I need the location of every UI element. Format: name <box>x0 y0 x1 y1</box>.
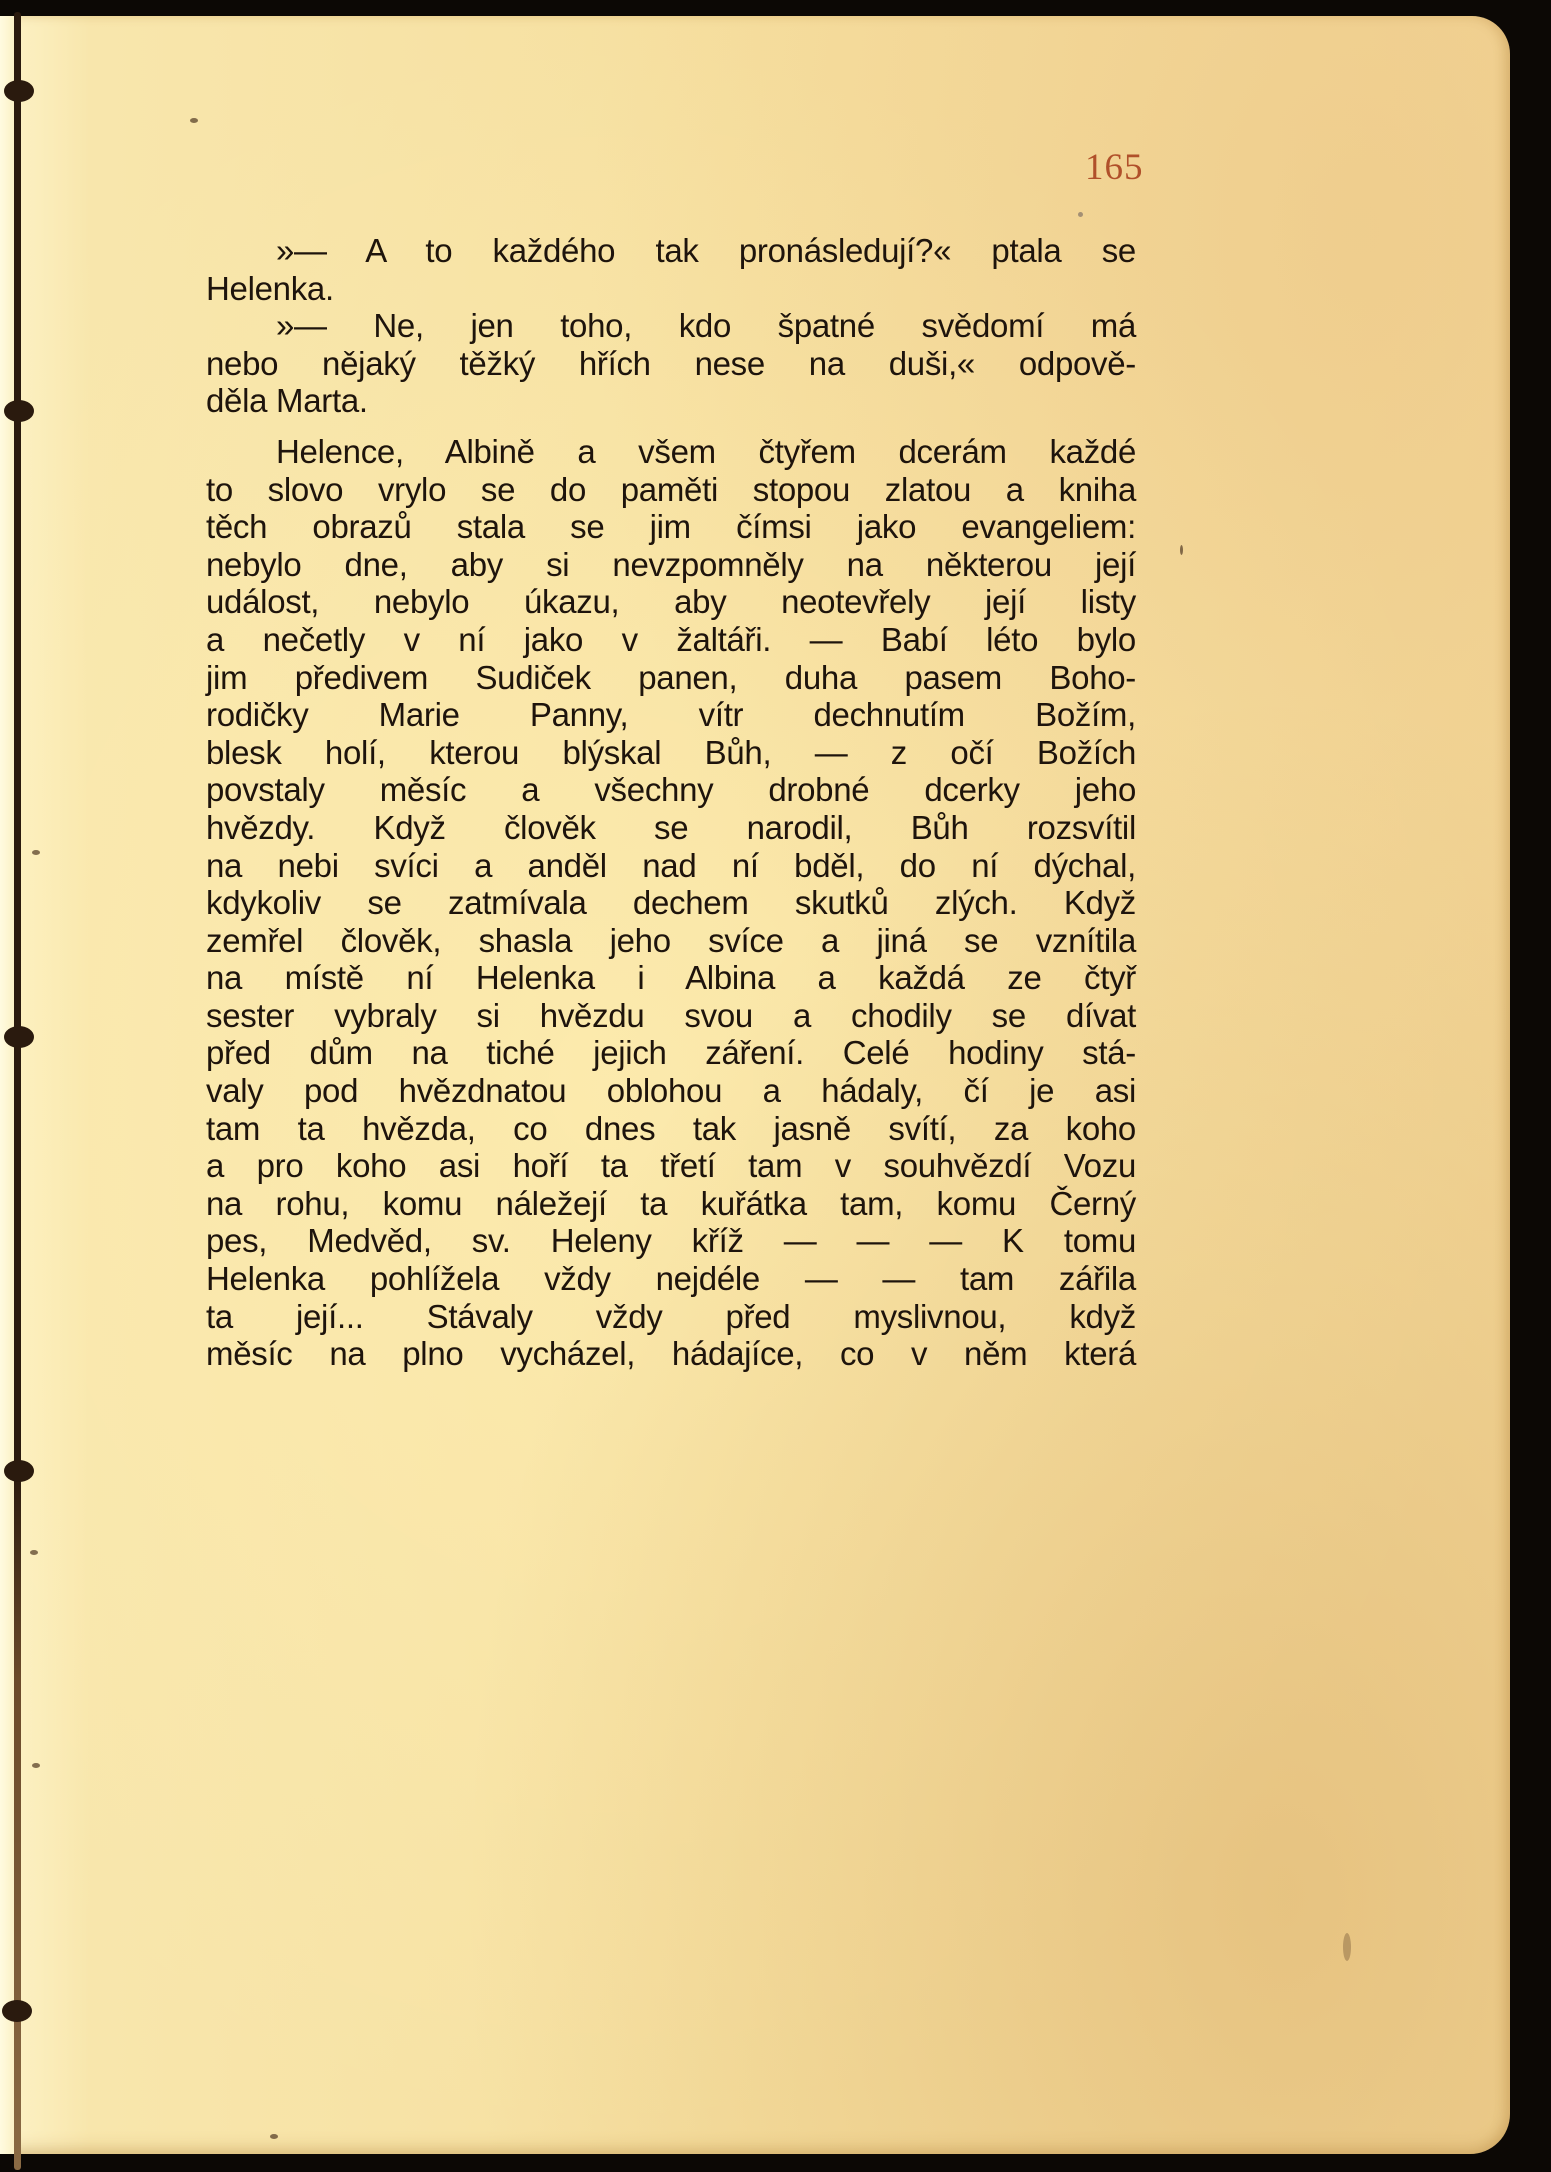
body-text: »— A to každého tak pronásledují?« ptala… <box>206 232 1136 1373</box>
text-line: Helenka. <box>206 270 1136 308</box>
paragraph: Helence, Albině a všem čtyřem dcerám kaž… <box>206 433 1136 1373</box>
paragraph-gap <box>206 420 1136 433</box>
binding-thread-lower <box>14 1470 21 2170</box>
paper-speck <box>1180 545 1183 555</box>
text-line: Helence, Albině a všem čtyřem dcerám kaž… <box>206 433 1136 471</box>
binding-knot <box>4 400 34 422</box>
text-line: nebylo dne, aby si nevzpomněly na někter… <box>206 546 1136 584</box>
text-line: a nečetly v ní jako v žaltáři. — Babí lé… <box>206 621 1136 659</box>
text-line: kdykoliv se zatmívala dechem skutků zlýc… <box>206 884 1136 922</box>
text-line: to slovo vrylo se do paměti stopou zlato… <box>206 471 1136 509</box>
paper-speck <box>30 1550 38 1555</box>
text-line: před dům na tiché jejich záření. Celé ho… <box>206 1034 1136 1072</box>
text-line: valy pod hvězdnatou oblohou a hádaly, čí… <box>206 1072 1136 1110</box>
paper-speck <box>1078 212 1083 217</box>
text-line: a pro koho asi hoří ta třetí tam v souhv… <box>206 1147 1136 1185</box>
page-number: 165 <box>1085 146 1144 189</box>
text-line: zemřel člověk, shasla jeho svíce a jiná … <box>206 922 1136 960</box>
text-line: měsíc na plno vycházel, hádajíce, co v n… <box>206 1335 1136 1373</box>
text-line: na rohu, komu náležejí ta kuřátka tam, k… <box>206 1185 1136 1223</box>
text-line: těch obrazů stala se jim čímsi jako evan… <box>206 508 1136 546</box>
paragraph: »— Ne, jen toho, kdo špatné svědomí má n… <box>206 307 1136 420</box>
binding-knot <box>4 80 34 102</box>
text-line: hvězdy. Když člověk se narodil, Bůh rozs… <box>206 809 1136 847</box>
paper-speck <box>1343 1933 1351 1961</box>
paper-speck <box>270 2134 278 2139</box>
text-line: blesk holí, kterou blýskal Bůh, — z očí … <box>206 734 1136 772</box>
paper-speck <box>32 1763 40 1768</box>
text-line: rodičky Marie Panny, vítr dechnutím Boží… <box>206 696 1136 734</box>
text-line: »— Ne, jen toho, kdo špatné svědomí má <box>206 307 1136 345</box>
text-line: na nebi svíci a anděl nad ní bděl, do ní… <box>206 847 1136 885</box>
binding-knot <box>4 1026 34 1048</box>
text-line: pes, Medvěd, sv. Heleny kříž — — — K tom… <box>206 1222 1136 1260</box>
paper-speck <box>32 850 40 855</box>
text-line: povstaly měsíc a všechny drobné dcerky j… <box>206 771 1136 809</box>
text-line: jim předivem Sudiček panen, duha pasem B… <box>206 659 1136 697</box>
text-line: událost, nebylo úkazu, aby neotevřely je… <box>206 583 1136 621</box>
text-line: na místě ní Helenka i Albina a každá ze … <box>206 959 1136 997</box>
binding-knot <box>4 1460 34 1482</box>
paragraph: »— A to každého tak pronásledují?« ptala… <box>206 232 1136 307</box>
text-line: tam ta hvězda, co dnes tak jasně svítí, … <box>206 1110 1136 1148</box>
page-inner-margin <box>0 16 14 2154</box>
text-line: Helenka pohlížela vždy nejdéle — — tam z… <box>206 1260 1136 1298</box>
text-line: ta její... Stávaly vždy před myslivnou, … <box>206 1298 1136 1336</box>
text-line: nebo nějaký těžký hřích nese na duši,« o… <box>206 345 1136 383</box>
text-line: děla Marta. <box>206 382 1136 420</box>
text-line: sester vybraly si hvězdu svou a chodily … <box>206 997 1136 1035</box>
paper-speck <box>190 118 198 123</box>
binding-knot <box>2 2000 32 2022</box>
text-line: »— A to každého tak pronásledují?« ptala… <box>206 232 1136 270</box>
